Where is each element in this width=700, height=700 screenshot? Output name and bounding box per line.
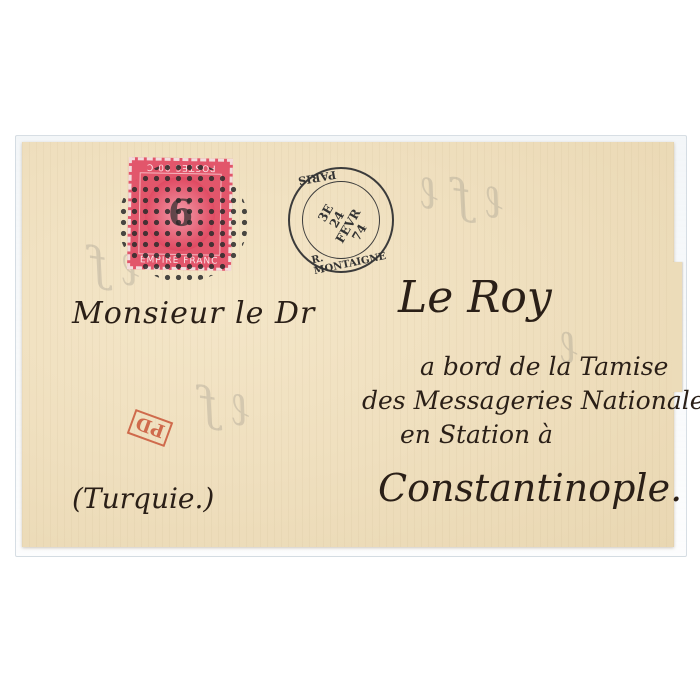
address-line-station: en Station à xyxy=(400,420,553,449)
cancellation-number: 9 xyxy=(168,190,193,232)
photo-stage: ℓ ƒ ℓ ƒ ℓ ℓ ƒ ℓ POSTES 80 C EMPIRE FRANC… xyxy=(0,0,700,700)
cover-edge-flap xyxy=(672,262,682,392)
address-line-company: des Messageries Nationales xyxy=(362,386,700,415)
address-line-ship: a bord de la Tamise xyxy=(420,352,668,381)
address-line-country: (Turquie.) xyxy=(72,482,214,515)
address-recipient-name: Le Roy xyxy=(398,272,552,323)
circular-datestamp: PARIS 3E 24 FEVR 74 R. MONTAIGNE xyxy=(288,167,394,273)
address-salutation: Monsieur le Dr xyxy=(72,296,315,331)
address-line-city: Constantinople. xyxy=(378,466,682,510)
